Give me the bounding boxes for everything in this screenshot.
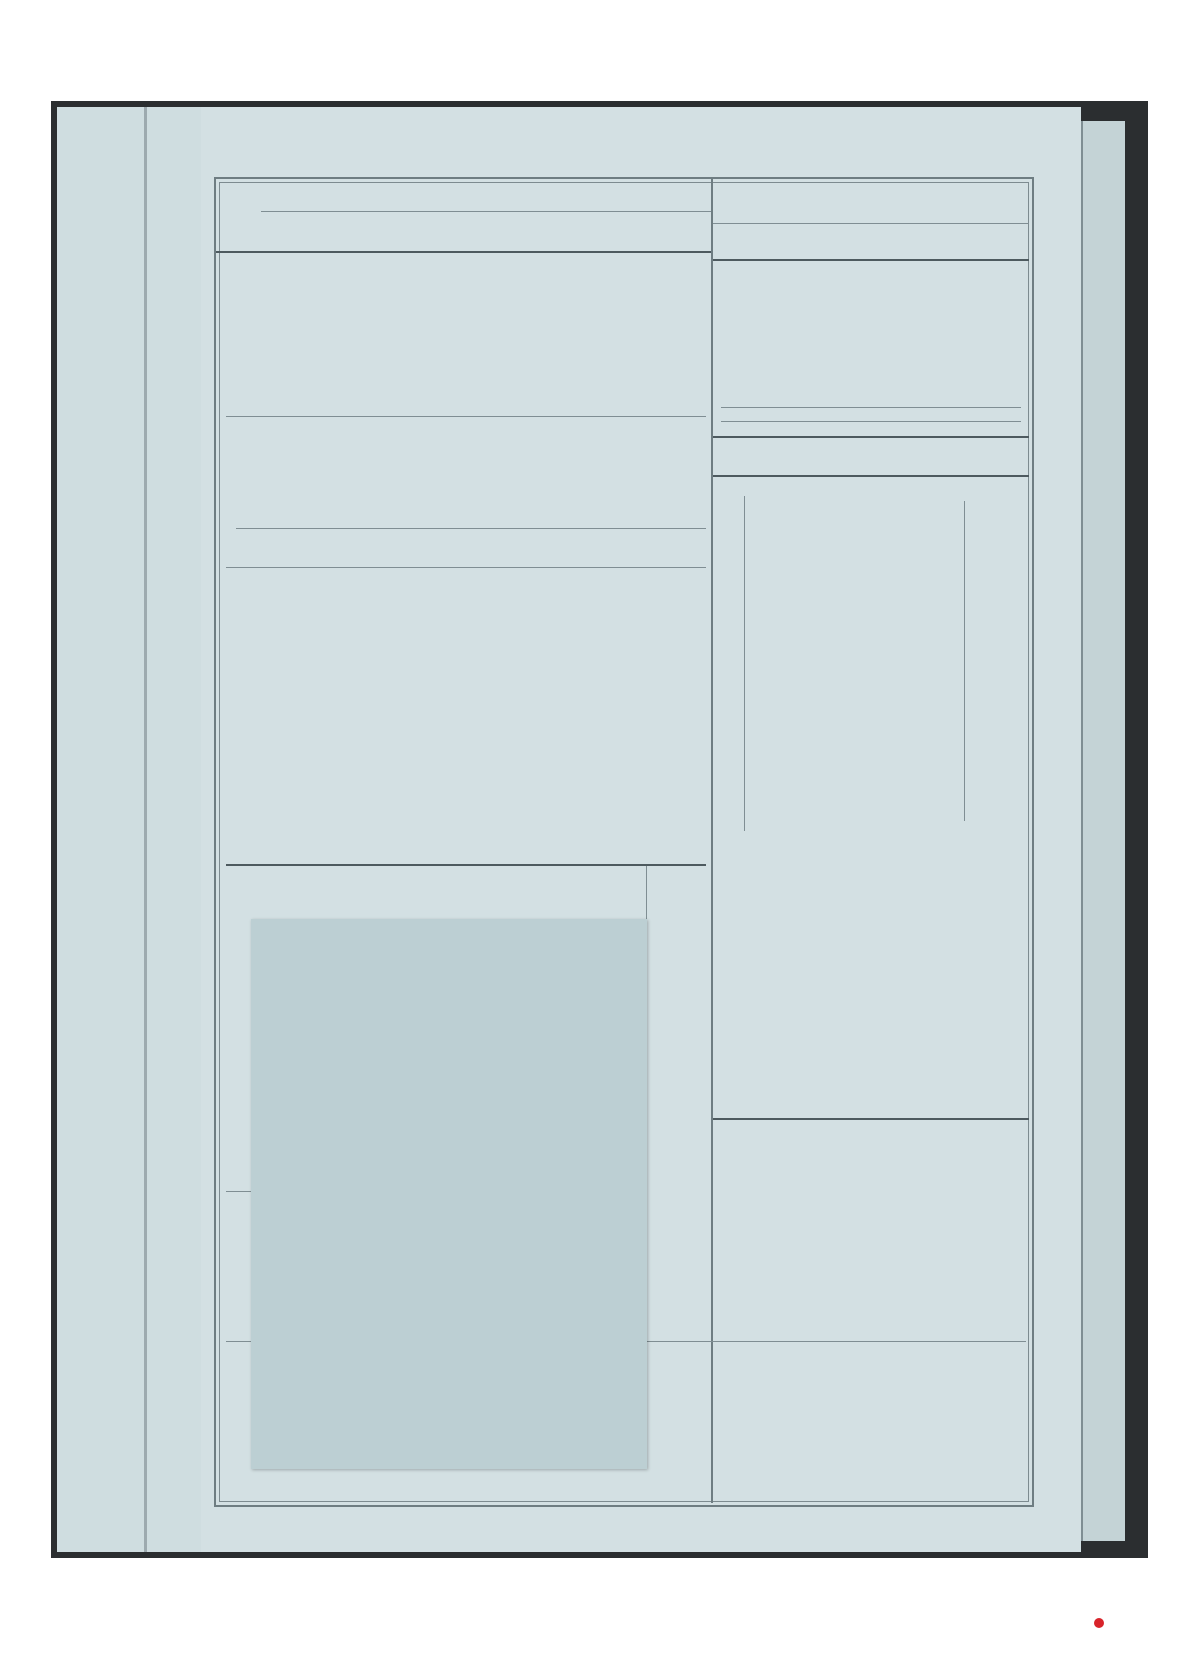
- scanned-document: [51, 101, 1148, 1558]
- decision-line: [236, 528, 706, 529]
- header-divider: [216, 251, 711, 253]
- pasted-slip: [251, 919, 647, 1469]
- marques-line-1: [721, 407, 1021, 408]
- degre-divider: [713, 475, 1029, 477]
- compris-divider: [226, 567, 706, 568]
- matricule-divider: [713, 223, 1029, 224]
- tirage-divider: [226, 416, 706, 417]
- numero-divider: [964, 501, 965, 821]
- page-edge: [1081, 121, 1125, 1541]
- logo-heart-icon: [1094, 1618, 1104, 1628]
- nom-line: [261, 211, 711, 212]
- column-divider: [711, 177, 713, 1503]
- signalement-divider: [713, 436, 1029, 438]
- left-page-strip: [57, 107, 207, 1552]
- epoque-divider: [713, 1118, 1029, 1120]
- classe-divider: [713, 259, 1029, 261]
- corps-divider: [744, 496, 745, 831]
- marques-line-2: [721, 421, 1021, 422]
- spine-shadow: [144, 107, 147, 1552]
- corse-du-sud-logo: [1044, 1618, 1154, 1646]
- passe-divider: [226, 864, 706, 866]
